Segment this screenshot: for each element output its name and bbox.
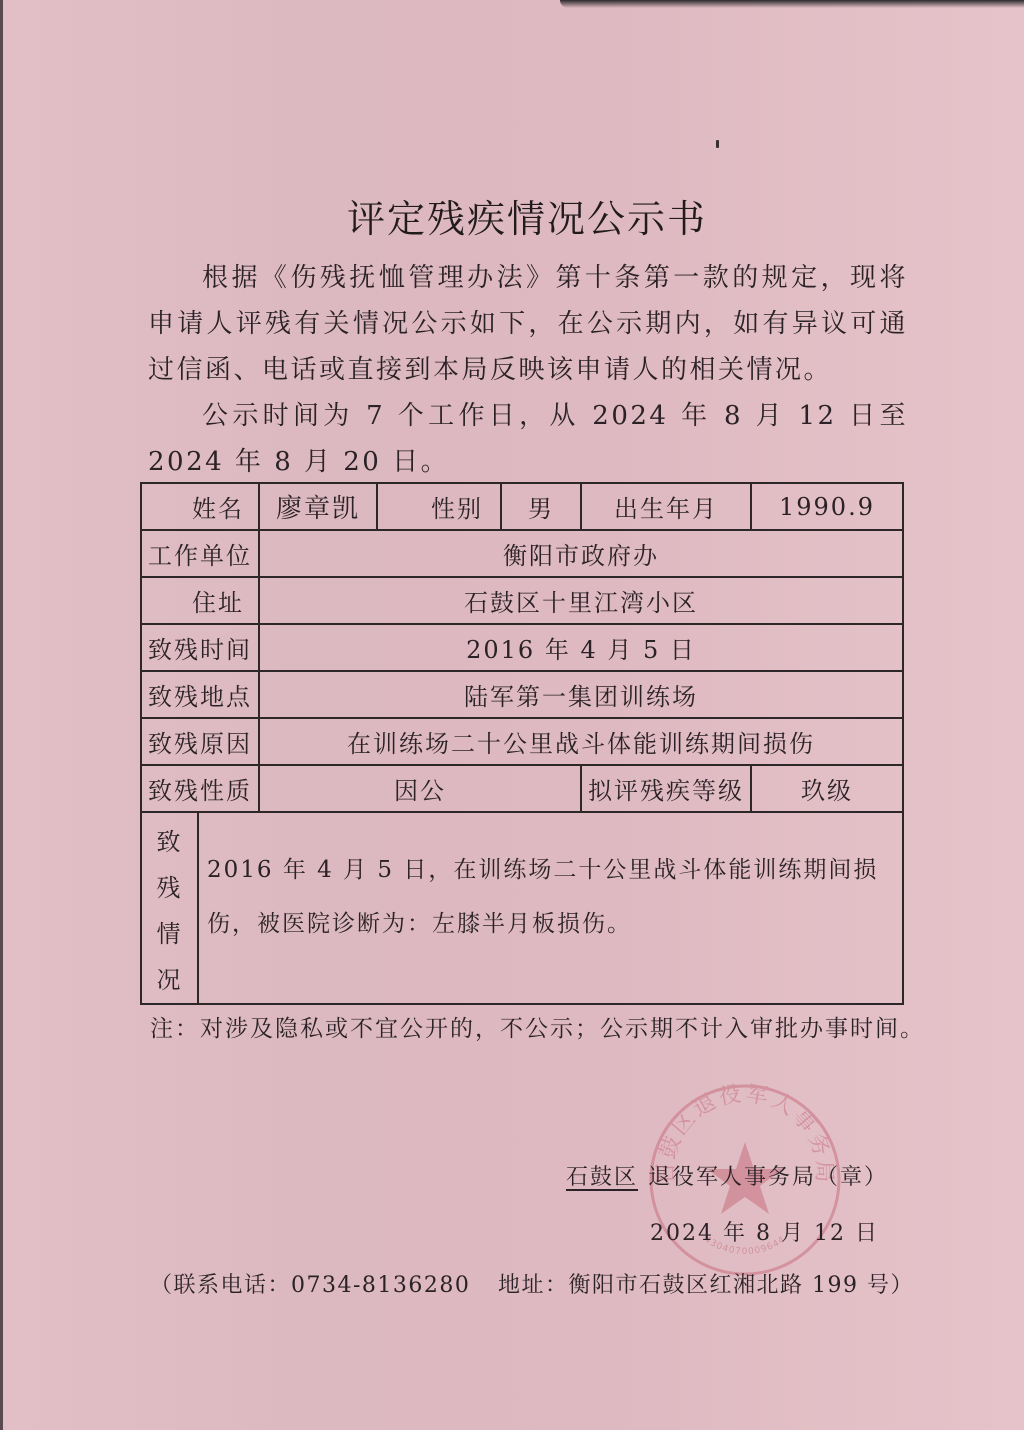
table-row-injury-place: 致残地点 陆军第一集团训练场 (141, 671, 903, 718)
situation-label-char: 情 (142, 911, 197, 957)
table-row-injury-time: 致残时间 2016 年 4 月 5 日 (141, 624, 903, 671)
issuer-district: 石鼓区 (540, 1165, 648, 1190)
situation-cell: 致 残 情 况 2016 年 4 月 5 日，在训练场二十公里战斗体能训练期间损… (141, 812, 903, 1004)
proposed-grade-value: 玖级 (751, 765, 903, 812)
table-row-injury-nature: 致残性质 因公 拟评残疾等级 玖级 (141, 765, 903, 812)
document-title: 评定残疾情况公示书 (0, 188, 1024, 243)
issuer-org: 退役军人事务局（章） (648, 1165, 888, 1190)
contact-address: 地址：衡阳市石鼓区红湘北路 199 号） (498, 1268, 914, 1299)
situation-label-char: 残 (142, 865, 197, 911)
gender-value: 男 (501, 483, 581, 530)
situation-label-char: 致 (142, 819, 197, 865)
table-row-name: 姓名 廖章凯 性别 男 出生年月 1990.9 (141, 483, 903, 530)
paper-edge-shadow (560, 0, 1024, 8)
work-unit-label: 工作单位 (141, 530, 259, 577)
table-row-injury-cause: 致残原因 在训练场二十公里战斗体能训练期间损伤 (141, 718, 903, 765)
issue-date: 2024 年 8 月 12 日 (650, 1216, 879, 1247)
table-row-address: 住址 石鼓区十里江湾小区 (141, 577, 903, 624)
birth-label: 出生年月 (581, 483, 751, 530)
ink-speck (716, 140, 719, 148)
footnote: 注：对涉及隐私或不宜公开的，不公示；公示期不计入审批办事时间。 (150, 1010, 925, 1043)
injury-cause-label: 致残原因 (141, 718, 259, 765)
injury-nature-value: 因公 (259, 765, 581, 812)
intro-paragraph: 根据《伤残抚恤管理办法》第十条第一款的规定，现将申请人评残有关情况公示如下，在公… (148, 255, 908, 393)
table-row-work-unit: 工作单位 衡阳市政府办 (141, 530, 903, 577)
address-value: 石鼓区十里江湾小区 (259, 577, 903, 624)
disability-info-table: 姓名 廖章凯 性别 男 出生年月 1990.9 工作单位 衡阳市政府办 住址 石… (140, 482, 904, 1005)
contact-phone: （联系电话：0734-8136280 (150, 1268, 470, 1299)
issuer-signature: 石鼓区退役军人事务局（章） (540, 1160, 888, 1191)
situation-label: 致 残 情 况 (142, 813, 198, 1003)
injury-place-label: 致残地点 (141, 671, 259, 718)
table-row-situation: 致 残 情 况 2016 年 4 月 5 日，在训练场二十公里战斗体能训练期间损… (141, 812, 903, 1004)
name-value: 廖章凯 (259, 483, 377, 530)
injury-cause-value: 在训练场二十公里战斗体能训练期间损伤 (259, 718, 903, 765)
injury-time-label: 致残时间 (141, 624, 259, 671)
name-label: 姓名 (141, 483, 259, 530)
injury-time-value: 2016 年 4 月 5 日 (259, 624, 903, 671)
work-unit-value: 衡阳市政府办 (259, 530, 903, 577)
situation-value: 2016 年 4 月 5 日，在训练场二十公里战斗体能训练期间损伤，被医院诊断为… (198, 813, 902, 1003)
injury-place-value: 陆军第一集团训练场 (259, 671, 903, 718)
address-label: 住址 (141, 577, 259, 624)
birth-value: 1990.9 (751, 483, 903, 530)
situation-label-char: 况 (142, 957, 197, 1003)
proposed-grade-label: 拟评残疾等级 (581, 765, 751, 812)
injury-nature-label: 致残性质 (141, 765, 259, 812)
gender-label: 性别 (377, 483, 501, 530)
period-paragraph: 公示时间为 7 个工作日，从 2024 年 8 月 12 日至 2024 年 8… (148, 393, 908, 485)
